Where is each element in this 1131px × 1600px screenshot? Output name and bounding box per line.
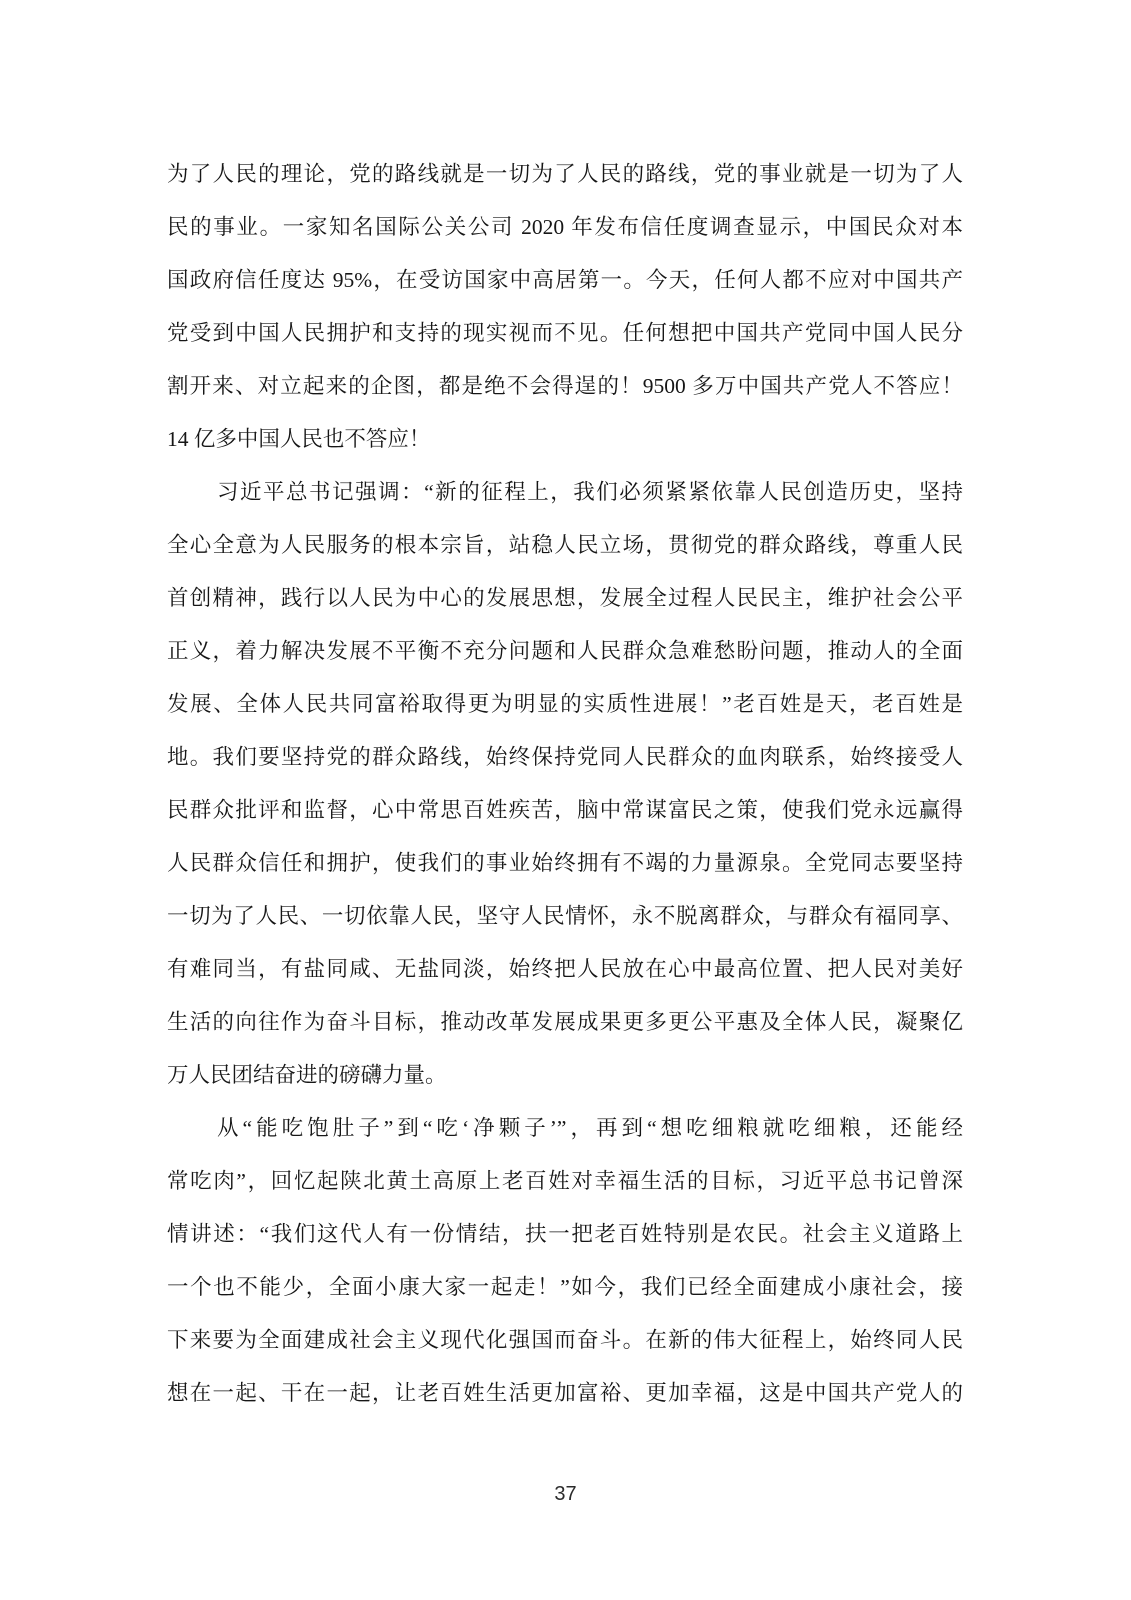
paragraph-3: 从“能吃饱肚子”到“吃‘净颗子’”，再到“想吃细粮就吃细粮，还能经 常吃肉”，回…	[167, 1102, 963, 1420]
text-line: 常吃肉”，回忆起陕北黄土高原上老百姓对幸福生活的目标，习近平总书记曾深	[167, 1155, 963, 1208]
text-line: 国政府信任度达 95%，在受访国家中高居第一。今天，任何人都不应对中国共产	[167, 254, 963, 307]
text-line: 万人民团结奋进的磅礴力量。	[167, 1049, 963, 1102]
text-line: 全心全意为人民服务的根本宗旨，站稳人民立场，贯彻党的群众路线，尊重人民	[167, 519, 963, 572]
text-line: 一个也不能少，全面小康大家一起走！”如今，我们已经全面建成小康社会，接	[167, 1261, 963, 1314]
text-line: 14 亿多中国人民也不答应！	[167, 413, 963, 466]
text-line: 生活的向往作为奋斗目标，推动改革发展成果更多更公平惠及全体人民，凝聚亿	[167, 996, 963, 1049]
paragraph-1: 为了人民的理论，党的路线就是一切为了人民的路线，党的事业就是一切为了人 民的事业…	[167, 148, 963, 466]
text-line: 发展、全体人民共同富裕取得更为明显的实质性进展！”老百姓是天，老百姓是	[167, 678, 963, 731]
text-line: 有难同当，有盐同咸、无盐同淡，始终把人民放在心中最高位置、把人民对美好	[167, 943, 963, 996]
text-line: 人民群众信任和拥护，使我们的事业始终拥有不竭的力量源泉。全党同志要坚持	[167, 837, 963, 890]
text-line: 民群众批评和监督，心中常思百姓疾苦，脑中常谋富民之策，使我们党永远赢得	[167, 784, 963, 837]
text-block: 为了人民的理论，党的路线就是一切为了人民的路线，党的事业就是一切为了人 民的事业…	[167, 148, 963, 1420]
text-line: 习近平总书记强调：“新的征程上，我们必须紧紧依靠人民创造历史，坚持	[167, 466, 963, 519]
text-line: 一切为了人民、一切依靠人民，坚守人民情怀，永不脱离群众，与群众有福同享、	[167, 890, 963, 943]
text-line: 正义，着力解决发展不平衡不充分问题和人民群众急难愁盼问题，推动人的全面	[167, 625, 963, 678]
text-line: 情讲述：“我们这代人有一份情结，扶一把老百姓特别是农民。社会主义道路上	[167, 1208, 963, 1261]
text-line: 从“能吃饱肚子”到“吃‘净颗子’”，再到“想吃细粮就吃细粮，还能经	[167, 1102, 963, 1155]
text-line: 为了人民的理论，党的路线就是一切为了人民的路线，党的事业就是一切为了人	[167, 148, 963, 201]
text-line: 地。我们要坚持党的群众路线，始终保持党同人民群众的血肉联系，始终接受人	[167, 731, 963, 784]
page-number: 37	[0, 1482, 1131, 1506]
text-line: 民的事业。一家知名国际公关公司 2020 年发布信任度调查显示，中国民众对本	[167, 201, 963, 254]
text-line: 想在一起、干在一起，让老百姓生活更加富裕、更加幸福，这是中国共产党人的	[167, 1367, 963, 1420]
document-page: 为了人民的理论，党的路线就是一切为了人民的路线，党的事业就是一切为了人 民的事业…	[0, 0, 1131, 1600]
text-line: 下来要为全面建成社会主义现代化强国而奋斗。在新的伟大征程上，始终同人民	[167, 1314, 963, 1367]
text-line: 割开来、对立起来的企图，都是绝不会得逞的！9500 多万中国共产党人不答应！	[167, 360, 963, 413]
paragraph-2: 习近平总书记强调：“新的征程上，我们必须紧紧依靠人民创造历史，坚持 全心全意为人…	[167, 466, 963, 1102]
text-line: 党受到中国人民拥护和支持的现实视而不见。任何想把中国共产党同中国人民分	[167, 307, 963, 360]
text-line: 首创精神，践行以人民为中心的发展思想，发展全过程人民民主，维护社会公平	[167, 572, 963, 625]
